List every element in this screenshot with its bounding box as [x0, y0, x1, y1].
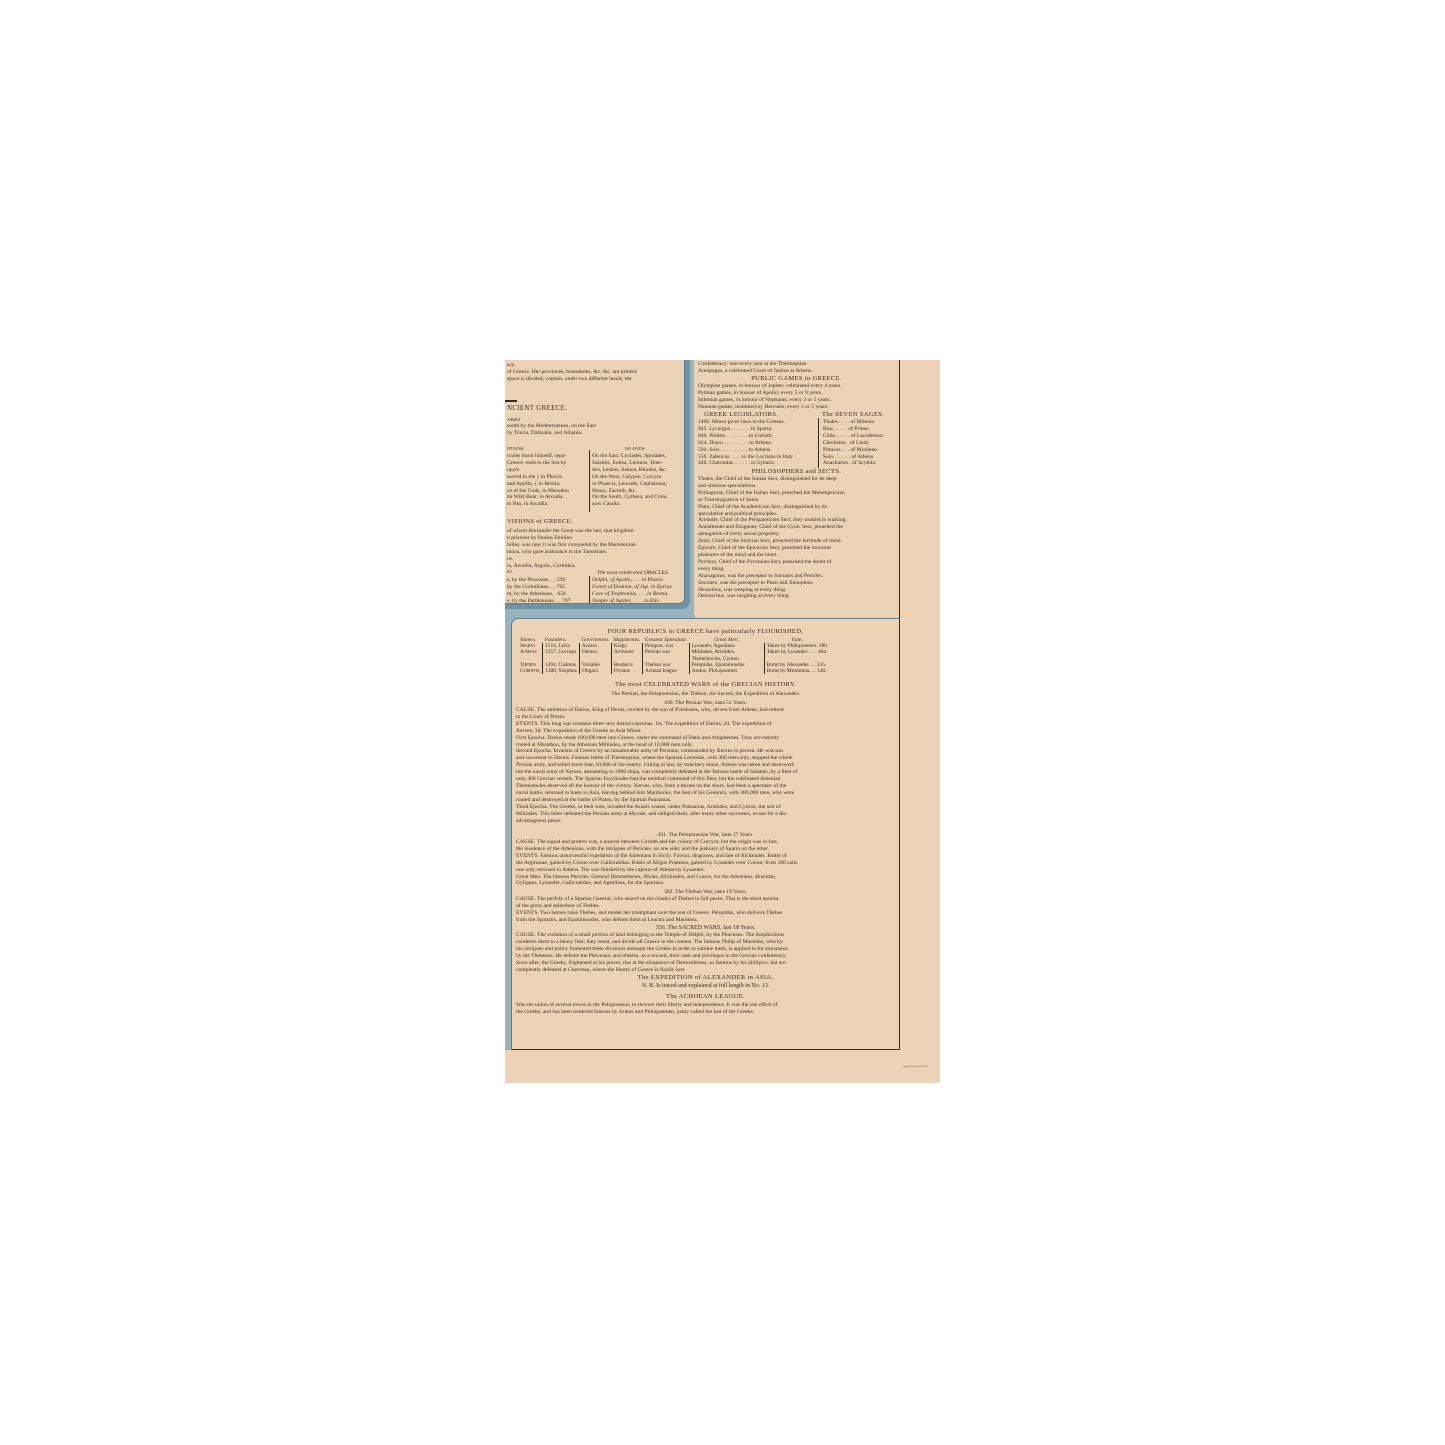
text-line: Plato, Chief of the Academician Sect, di… — [698, 504, 847, 511]
wars-subtitle: The Persian, the Peloponesian, the Theba… — [512, 691, 899, 698]
text-line: Pythian games, in honour of Apollo; ever… — [698, 390, 842, 397]
text-line: Soon after, the Greeks, frightened at hi… — [516, 960, 789, 967]
text-line: e, by the Parthenians, . . 707 — [507, 598, 570, 605]
sacred-wars-text: CAUSE. The violation of a small portion … — [516, 932, 789, 973]
text-line: of the glory and splendour of Thebes. — [516, 903, 782, 910]
legislators-title: GREEK LEGISLATORS. — [704, 411, 778, 419]
text-line: hilles, was one; it was first conquered … — [507, 542, 636, 549]
text-line: Forest of Dodona, of Jup. in Epirus — [592, 584, 672, 591]
persian-war-text: CAUSE. The ambition of Darius, King of P… — [516, 707, 797, 824]
text-line: Thales . . . . of Miletus. — [823, 419, 883, 426]
text-line: Salamis, Eubea, Lemnos, Tene- — [592, 460, 668, 467]
table-row: Corinth,1388, SisiphusOligarc.PrytansAch… — [518, 668, 830, 674]
intro-text: Confederacy; met every year at the Therm… — [698, 361, 812, 375]
sacred-wars-heading: 356. The SACRED WARS, last 18 Years. — [512, 925, 899, 932]
text-line: Ithaca, Zacinth, &c. — [592, 488, 668, 495]
text-line: EVENTS. Famous unsuccessful expedition o… — [516, 853, 797, 860]
text-line: dos, Lesbos, Samos, Rhodos, &c. — [592, 467, 668, 474]
text-line: by the Corinthians, . . 705 — [507, 584, 570, 591]
foundations-list: s, by the Phoceans, . . 539 by the Corin… — [507, 577, 570, 605]
text-line: or Phaecia, Leucade, Cephalonia, — [592, 481, 668, 488]
islands-list: On the East, Cyclades, Sporades, Salamis… — [592, 453, 668, 508]
text-line: Third Epocha. The Greeks, in their turn,… — [516, 804, 797, 811]
text-line: mous, who gave assistance to the Tarenti… — [507, 549, 636, 556]
text-line: from the Spartans, and Epaminondas, who … — [516, 917, 782, 924]
text-line: Pyrrhon, Chief of the Pyrronian Sect, pr… — [698, 559, 847, 566]
text-line: rcules burnt himself, sepa- — [507, 453, 569, 460]
text-line: On the East, Cyclades, Sporades, — [592, 453, 668, 460]
column-divider — [589, 576, 590, 603]
text-line: now Candia. — [592, 501, 668, 508]
text-line: ce. — [507, 556, 636, 563]
text-line: Bias . . . . . of Priene. — [823, 426, 883, 433]
text-line: condemn them to a heavy fine; they resis… — [516, 939, 789, 946]
text-line: routed and destroyed at the battle of Pl… — [516, 797, 797, 804]
seven-sages-title: The SEVEN SAGES. — [822, 411, 884, 419]
text-line: 1406. Minos gives laws to the Cretans. — [698, 419, 793, 426]
text-line: and obstruse speculations. — [698, 483, 847, 490]
text-line: CAUSE. The violation of a small portion … — [516, 932, 789, 939]
text-line: Areopagus, a celebrated Court of Justice… — [698, 368, 812, 375]
column-divider — [589, 450, 590, 512]
achaean-league-text: Was the union of several towns in the Pe… — [516, 1002, 777, 1016]
text-line: Democritus, was laughing at every thing. — [698, 593, 847, 600]
text-line: CAUSE. The perfidy of a Spartan General,… — [516, 896, 782, 903]
text-line: by Tracia, Dalmatia, and Albania. — [507, 430, 596, 437]
republics-table-body: Sparta1516, LelixAristoc.KingsPelopon. w… — [518, 643, 830, 674]
table-cell: Oligarc. — [579, 668, 611, 674]
text-line: of whom Alexander the Great was the last… — [507, 528, 636, 535]
text-line: Temple of Jupiter, . . . . in Elis — [592, 598, 672, 605]
mountains-list: rcules burnt himself, sepa- Greece, ends… — [507, 453, 569, 508]
text-line: s, by the Phoceans, . . 539 — [507, 577, 570, 584]
text-line: Epicure, Chief of the Epicurian Sect, pr… — [698, 545, 847, 552]
text-line: every thing. — [698, 566, 847, 573]
text-line: Chilo . . . . . of Lacedemon — [823, 433, 883, 440]
text-line: ce of the Gods, in Macedon — [507, 488, 569, 495]
text-line: EVENTS. Two heroes raise Thebes, and ren… — [516, 910, 782, 917]
republics-table-wrap: Names. Founders. Government. Magistrates… — [518, 637, 830, 674]
alexander-heading: The EXPEDITION of ALEXANDER in ASIA. — [512, 974, 899, 982]
text-line: Miltiades. This latter defeated the Pers… — [516, 811, 797, 818]
text-line: to Pan, in Arcadia. — [507, 501, 569, 508]
text-line: On the South, Cythera, and Creta, — [592, 494, 668, 501]
text-line: 624. Draco . . . . . . . . . to Athens. — [698, 440, 793, 447]
mountains-label: NTAINS. — [507, 446, 525, 453]
text-line: or Transmigration of Souls. — [698, 497, 847, 504]
text-line: Delphi, of Apollo, . . . in Phocis — [592, 577, 672, 584]
table-cell: Miltiades, Aristides, Themistocles, Cymo… — [689, 649, 764, 661]
text-line: n prisoner by Paulus Emilius. — [507, 535, 636, 542]
table-cell: Prytans — [611, 668, 642, 674]
text-line: Xerxes; 3d. The expedition of the Greeks… — [516, 728, 797, 735]
oracles-title: The most celebrated ORACLES. — [597, 570, 669, 577]
islands-label: ISLANDS. — [625, 446, 646, 453]
text-line: ia, Arcadia, Argolis, Corinthia. — [507, 563, 636, 570]
text-line: Cave of Trophonius, . . . in Beotia — [592, 591, 672, 598]
section-title-ancient-greece: NCIENT GREECE. — [507, 406, 567, 413]
oracles-list: Delphi, of Apollo, . . . in Phocis Fores… — [592, 577, 672, 605]
theban-war-heading: 382. The Theban War, lasts 19 Years. — [512, 889, 899, 896]
text-line: Greece, ends to the Sea by — [507, 460, 569, 467]
text-line: Olympian games, in honour of Jupiter; ce… — [698, 383, 842, 390]
text-line: his intrigues and policy fomented these … — [516, 946, 789, 953]
table-row: Athens1557, CecropsDemoc.ArchontsPersian… — [518, 649, 830, 661]
text-line: the Greeks, and has been rendered famous… — [516, 1009, 777, 1016]
text-line: Cleobulus . of Lindi. — [823, 440, 883, 447]
text-line: 594. Solo . . . . . . . . . . to Athens. — [698, 447, 793, 454]
republics-title: FOUR REPUBLICS in GREECE have particular… — [512, 628, 899, 636]
wars-title: The most CELEBRATED WARS of the GRECIAN … — [512, 681, 899, 689]
persian-war-heading: 490. The Persian War, lasts 51 Years. — [512, 700, 899, 707]
table-cell: Achean league — [642, 668, 689, 674]
text-line: advantageous peace. — [516, 818, 797, 825]
boundaries-text: south by the Mediterranean, on the East … — [507, 423, 596, 437]
text-line: Thales, the Chief of the Ionian Sect, di… — [698, 476, 847, 483]
section-title-divisions: VISIONS of GREECE. — [507, 519, 573, 526]
text-line: south by the Mediterranean, on the East — [507, 423, 596, 430]
text-line: to the Court of Persia. — [516, 714, 797, 721]
text-line: 840. Phidon . . . . . . . . to Corinth. — [698, 433, 793, 440]
text-line: naval battle, returned in haste to Asia,… — [516, 790, 797, 797]
public-games-list: Olympian games, in honour of Jupiter; ce… — [698, 383, 842, 411]
text-line: ary. — [507, 362, 637, 369]
text-line: CAUSE. The signal and pretext was, a qua… — [516, 839, 797, 846]
republics-wars-panel: FOUR REPUBLICS in GREECE have particular… — [511, 618, 900, 1050]
table-cell: 1557, Cecrops — [543, 649, 580, 661]
public-games-title: PUBLIC GAMES in GREECE. — [694, 375, 899, 383]
document-sheet: ary. of Greece. Her provinces, boundarie… — [505, 360, 940, 1083]
text-line: of Greece. Her provinces, boundaries, &c… — [507, 369, 637, 376]
text-line: 550. Zaleucus . . . . to the Locrians in… — [698, 454, 793, 461]
table-cell: Aratus, Philopoemen — [689, 668, 764, 674]
theban-war-text: CAUSE. The perfidy of a Spartan General,… — [516, 896, 782, 924]
text-line: the insolence of the Athenians, with the… — [516, 846, 797, 853]
ancient-greece-panel: ary. of Greece. Her provinces, boundarie… — [505, 360, 685, 604]
text-line: its Wild Boar, in Arcadia. — [507, 494, 569, 501]
table-cell: Archonts — [611, 649, 642, 661]
copyright-text: Copyright Historic Map Works LLC — [902, 1066, 928, 1068]
table-cell: Athens — [518, 649, 543, 661]
games-legislators-panel: Confederacy; met every year at the Therm… — [694, 360, 900, 615]
text-line: the Arginusae, gained by Conon over Call… — [516, 860, 797, 867]
table-cell: 1388, Sisiphus — [543, 668, 580, 674]
intro-text: ary. of Greece. Her provinces, boundarie… — [507, 362, 637, 383]
text-line: Anacharsis . of Scythia. — [823, 460, 883, 467]
column-divider — [818, 418, 819, 468]
text-line: and Apollo, { in Beotia. — [507, 481, 569, 488]
philosophers-list: Thales, the Chief of the Ionian Sect, di… — [698, 476, 847, 600]
text-line: compleatly defeated at Cheronea, where t… — [516, 967, 789, 974]
text-line: m, by the Athenians, . 658 — [507, 591, 570, 598]
text-line: space is divided, contain, under two dif… — [507, 376, 637, 383]
text-line: Isthmian games, in honour of Neptunus; e… — [698, 397, 842, 404]
text-line: Heraclitus, was weeping at every thing. — [698, 587, 847, 594]
text-line: Pythagoras, Chief of the Italian Sect, p… — [698, 490, 847, 497]
text-line: Confederacy; met every year at the Therm… — [698, 361, 812, 368]
text-line: 446. Charondas . . . . . . to Sybaris. — [698, 460, 793, 467]
text-line: Was the union of several towns in the Pe… — [516, 1002, 777, 1009]
text-line: 845. Lycurgus . . . . . . . to Sparta. — [698, 426, 793, 433]
table-cell: Persian war — [642, 649, 689, 661]
republics-table: Names. Founders. Government. Magistrates… — [518, 637, 830, 674]
text-line: one only returned to Athens. The war fin… — [516, 867, 797, 874]
table-cell: Corinth, — [518, 668, 543, 674]
text-line: Gylippus, Lysander, Callicratidas, and A… — [516, 880, 797, 887]
text-line: Socrates, was the preceptor to Plato and… — [698, 580, 847, 587]
text-line: Anaxagoras, was the preceptor to Socrate… — [698, 573, 847, 580]
peloponesian-war-heading: 431. The Peloponesian War, lasts 27 Year… — [512, 832, 899, 839]
achaean-heading: The ACHOEAN LEAGUE. — [512, 993, 899, 1001]
divider — [505, 400, 517, 402]
text-line: First Epocha. Darius sends 100,000 men i… — [516, 735, 797, 742]
seven-sages-list: Thales . . . . of Miletus. Bias . . . . … — [823, 419, 883, 467]
legislators-list: 1406. Minos gives laws to the Cretans. 8… — [698, 419, 793, 467]
text-line: by the Thebeans. He defeats the Phoceans… — [516, 953, 789, 960]
philosophers-title: PHILOSOPHERS and SECTS. — [694, 468, 899, 476]
table-cell: Taken by Lysander. . . . 404. — [764, 649, 830, 661]
text-line: On the West, Calypso, Corcyra — [592, 474, 668, 481]
text-line: sacred to the } in Phocis. — [507, 474, 569, 481]
text-line: opyle. — [507, 467, 569, 474]
text-line: EVENTS. This long war contains three ver… — [516, 721, 797, 728]
peloponesian-war-text: CAUSE. The signal and pretext was, a qua… — [516, 839, 797, 887]
text-line: Nemean games, instituted by Hercules; ev… — [698, 404, 842, 411]
text-line: CAUSE. The ambition of Darius, King of P… — [516, 707, 797, 714]
text-line: only 400 Grecian vessels. The Spartan Eu… — [516, 776, 797, 783]
table-cell: Democ. — [579, 649, 611, 661]
table-cell: Burnt by Mummius. . . 140. — [764, 668, 830, 674]
text-line: Themistocles deserved all the honour of … — [516, 783, 797, 790]
text-line: pleasures of the mind and the heart. — [698, 552, 847, 559]
alexander-note: N. B. Is traced and explained at full le… — [512, 983, 899, 990]
text-line: Pittacus . . . of Mytilene. — [823, 447, 883, 454]
